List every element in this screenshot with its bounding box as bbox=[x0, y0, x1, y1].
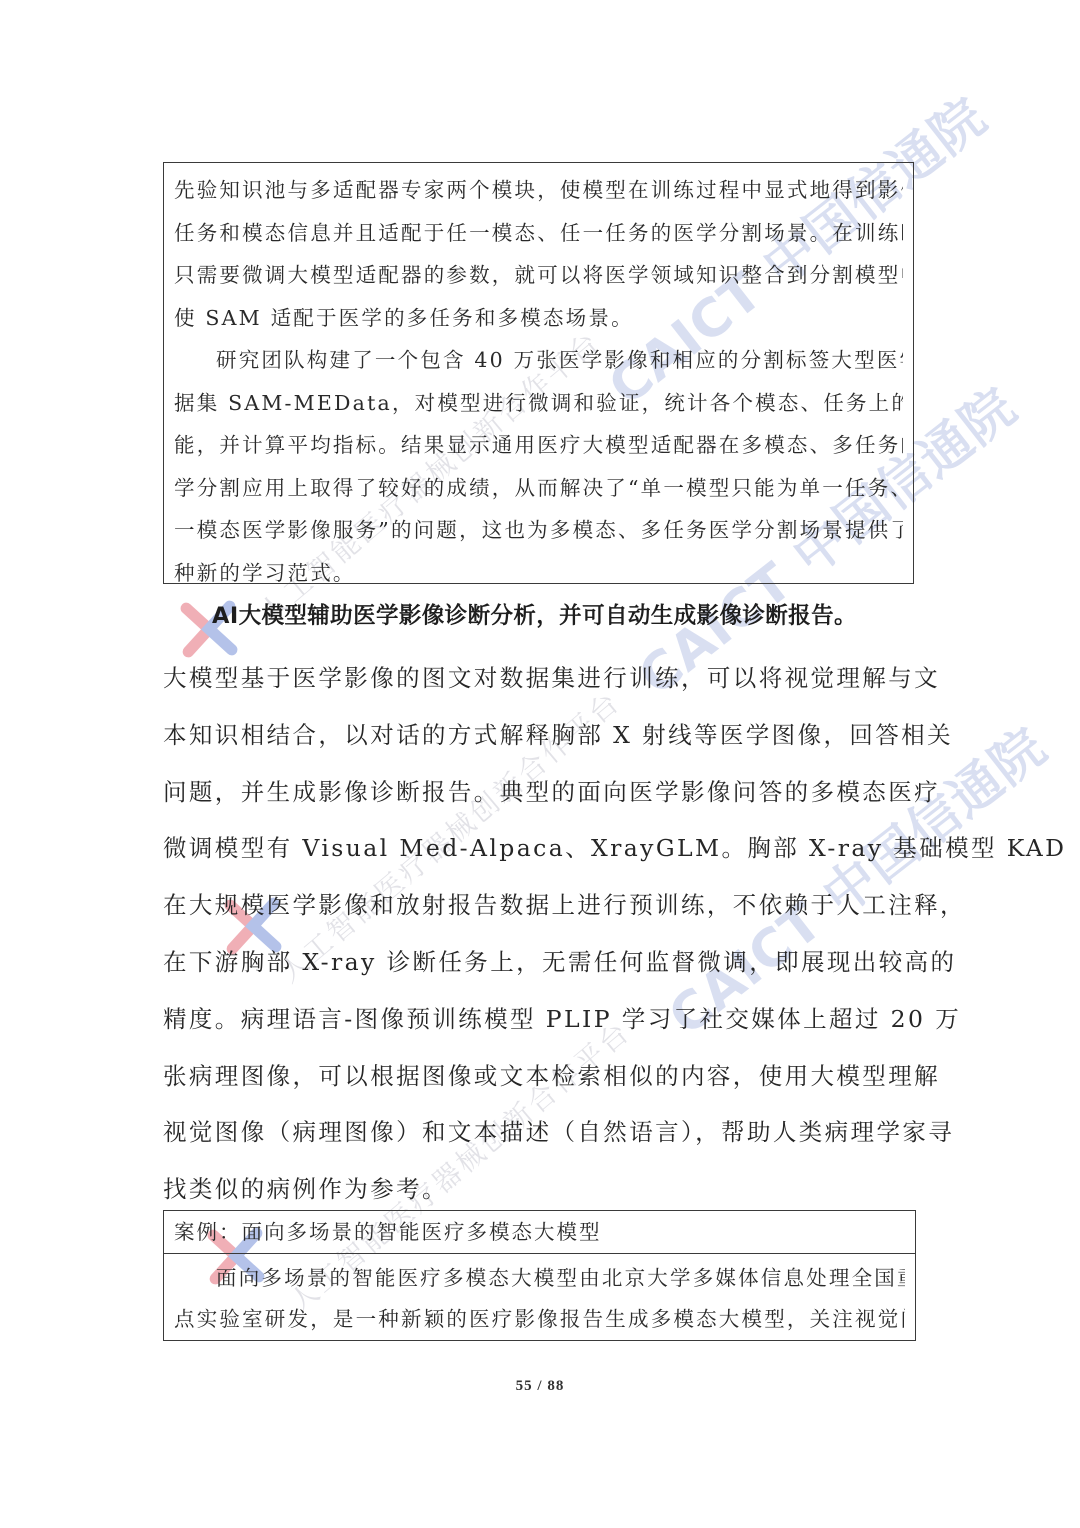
case-text-line: 使 SAM 适配于医学的多任务和多模态场景。 bbox=[174, 297, 903, 340]
case-text-line: 点实验室研发，是一种新颖的医疗影像报告生成多模态大模型，关注视觉问答 bbox=[174, 1299, 905, 1340]
body-text-line: 在大规模医学影像和放射报告数据上进行预训练，不依赖于人工注释， bbox=[163, 877, 933, 934]
case-text-line: 种新的学习范式。 bbox=[174, 552, 903, 595]
body-text-line: 微调模型有 Visual Med-Alpaca、XrayGLM。胸部 X-ray… bbox=[163, 820, 933, 877]
case-box-body: 面向多场景的智能医疗多模态大模型由北京大学多媒体信息处理全国重 点实验室研发，是… bbox=[164, 1254, 915, 1340]
case-box-continued: 先验知识池与多适配器专家两个模块，使模型在训练过程中显式地得到影像的 任务和模态… bbox=[163, 162, 914, 584]
case-text-line: 据集 SAM-MEData，对模型进行微调和验证，统计各个模态、任务上的实验性 bbox=[174, 382, 903, 425]
case-text-line: 先验知识池与多适配器专家两个模块，使模型在训练过程中显式地得到影像的 bbox=[174, 169, 903, 212]
page-number: 55 / 88 bbox=[0, 1378, 1080, 1395]
document-page: CAICT 中国信通院 CAICT 中国信通院 CAICT 中国信通院 人工智能… bbox=[0, 0, 1080, 1528]
case-text-line: 任务和模态信息并且适配于任一模态、任一任务的医学分割场景。在训练时， bbox=[174, 212, 903, 255]
case-text-line: 一模态医学影像服务”的问题，这也为多模态、多任务医学分割场景提供了一 bbox=[174, 509, 903, 552]
section-heading: AI大模型辅助医学影像诊断分析，并可自动生成影像诊断报告。 bbox=[212, 598, 857, 630]
case-text-line: 学分割应用上取得了较好的成绩，从而解决了“单一模型只能为单一任务、单 bbox=[174, 467, 903, 510]
case-text-line: 能，并计算平均指标。结果显示通用医疗大模型适配器在多模态、多任务的医 bbox=[174, 424, 903, 467]
case-text-line: 面向多场景的智能医疗多模态大模型由北京大学多媒体信息处理全国重 bbox=[174, 1258, 905, 1299]
body-text-line: 问题，并生成影像诊断报告。典型的面向医学影像问答的多模态医疗 bbox=[163, 764, 933, 821]
body-text-line: 在下游胸部 X-ray 诊断任务上，无需任何监督微调，即展现出较高的 bbox=[163, 934, 933, 991]
body-paragraph: 大模型基于医学影像的图文对数据集进行训练，可以将视觉理解与文 本知识相结合，以对… bbox=[163, 650, 933, 1218]
body-text-line: 视觉图像（病理图像）和文本描述（自然语言），帮助人类病理学家寻 bbox=[163, 1104, 933, 1161]
case-box-title: 案例：面向多场景的智能医疗多模态大模型 bbox=[164, 1211, 915, 1254]
case-text-line: 只需要微调大模型适配器的参数，就可以将医学领域知识整合到分割模型中， bbox=[174, 254, 903, 297]
body-text-line: 精度。病理语言-图像预训练模型 PLIP 学习了社交媒体上超过 20 万 bbox=[163, 991, 933, 1048]
case-text-line: 研究团队构建了一个包含 40 万张医学影像和相应的分割标签大型医学数 bbox=[174, 339, 903, 382]
body-text-line: 张病理图像，可以根据图像或文本检索相似的内容，使用大模型理解 bbox=[163, 1048, 933, 1105]
body-text-line: 本知识相结合，以对话的方式解释胸部 X 射线等医学图像，回答相关 bbox=[163, 707, 933, 764]
case-box: 案例：面向多场景的智能医疗多模态大模型 面向多场景的智能医疗多模态大模型由北京大… bbox=[163, 1210, 916, 1341]
body-text-line: 大模型基于医学影像的图文对数据集进行训练，可以将视觉理解与文 bbox=[163, 650, 933, 707]
